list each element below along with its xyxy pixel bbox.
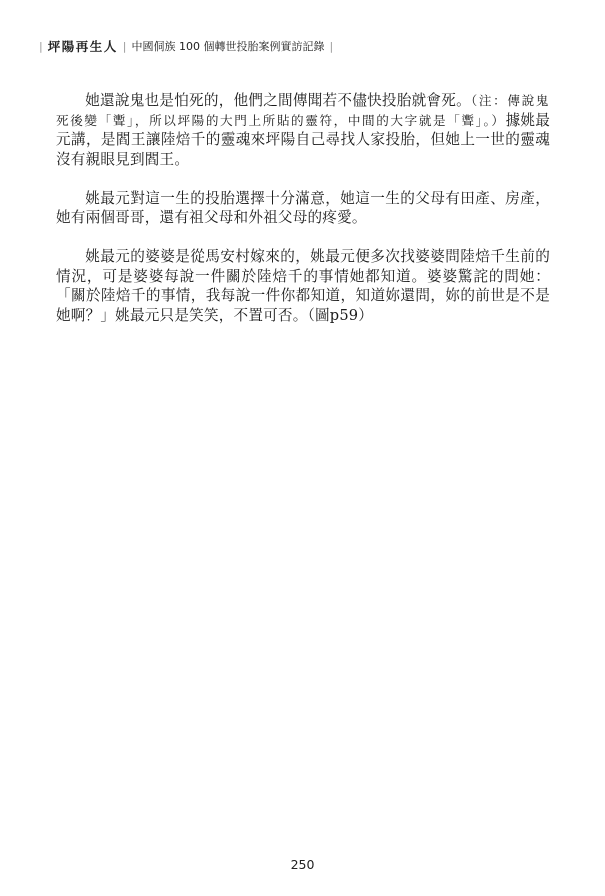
page-body: 她還說鬼也是怕死的，他們之間傳聞若不儘快投胎就會死。（注：傳說鬼死後變「聻」，所…: [56, 91, 550, 345]
paragraph-text: 她還說鬼也是怕死的，他們之間傳聞若不儘快投胎就會死。: [85, 92, 471, 109]
page-number: 250: [0, 857, 605, 872]
paragraph: 姚最元對這一生的投胎選擇十分滿意，她這一生的父母有田產、房產，她有兩個哥哥，還有…: [56, 189, 550, 228]
book-title: 坪陽再生人: [48, 37, 118, 55]
header-separator: |: [39, 40, 43, 53]
paragraph: 她還說鬼也是怕死的，他們之間傳聞若不儘快投胎就會死。（注：傳說鬼死後變「聻」，所…: [56, 91, 550, 169]
book-subtitle: 中國侗族 100 個轉世投胎案例實訪記錄: [131, 38, 324, 54]
header-separator: |: [329, 40, 333, 53]
paragraph: 姚最元的婆婆是從馬安村嫁來的，姚最元便多次找婆婆問陸焙千生前的情況，可是婆婆每說…: [56, 247, 550, 325]
header-separator: |: [123, 40, 127, 53]
running-header: | 坪陽再生人 | 中國侗族 100 個轉世投胎案例實訪記錄 |: [34, 37, 338, 55]
